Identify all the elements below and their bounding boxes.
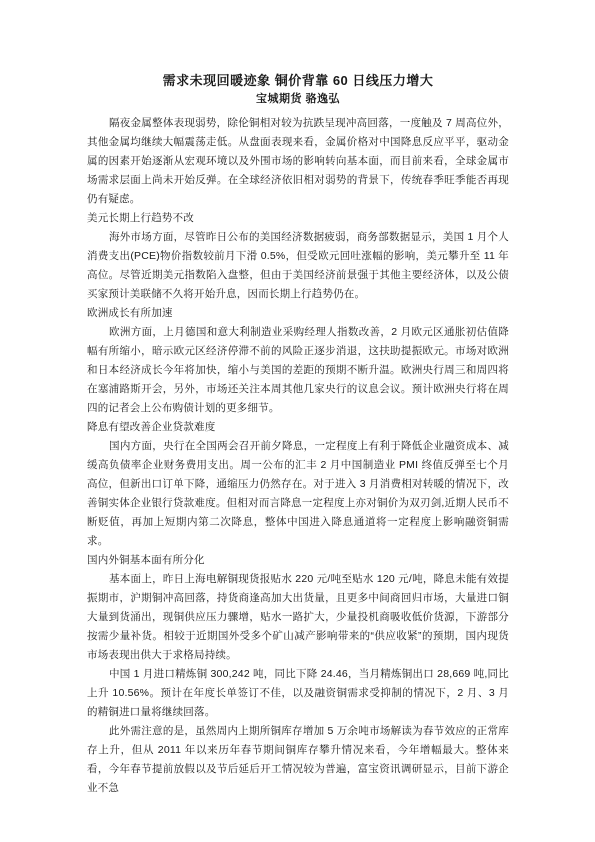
paragraph-inventory-note: 此外需注意的是，虽然周内上期所铜库存增加 5 万余吨市场解读为春节效应的正常库存… [87, 722, 509, 798]
paragraph-spot-market: 基本面上，昨日上海电解铜现货报贴水 220 元/吨至贴水 120 元/吨，降息未… [87, 570, 509, 665]
paragraph-europe: 欧洲方面，上月德国和意大利制造业采购经理人指数改善，2 月欧元区通胀初估值降幅有… [87, 323, 509, 418]
report-byline: 宝城期货 骆逸弘 [87, 91, 509, 107]
section-heading-europe-growth: 欧洲成长有所加速 [87, 304, 509, 323]
report-title: 需求未现回暖迹象 铜价背靠 60 日线压力增大 [87, 72, 509, 89]
document-page: 需求未现回暖迹象 铜价背靠 60 日线压力增大 宝城期货 骆逸弘 隔夜金属整体表… [0, 0, 595, 842]
paragraph-overseas-markets: 海外市场方面，尽管昨日公布的美国经济数据疲弱，商务部数据显示，美国 1 月个人消… [87, 228, 509, 304]
section-heading-rate-cut-loans: 降息有望改善企业贷款难度 [87, 418, 509, 437]
paragraph-domestic-policy: 国内方面，央行在全国两会召开前夕降息，一定程度上有利于降低企业融资成本、减缓高负… [87, 437, 509, 551]
paragraph-import-export-data: 中国 1 月进口精炼铜 300,242 吨，同比下降 24.46，当月精炼铜出口… [87, 665, 509, 722]
section-heading-usd-uptrend: 美元长期上行趋势不改 [87, 209, 509, 228]
section-heading-copper-fundamentals: 国内外铜基本面有所分化 [87, 551, 509, 570]
paragraph-market-overview: 隔夜金属整体表现弱势，除伦铜相对较为抗跌呈现冲高回落，一度触及 7 周高位外，其… [87, 114, 509, 209]
